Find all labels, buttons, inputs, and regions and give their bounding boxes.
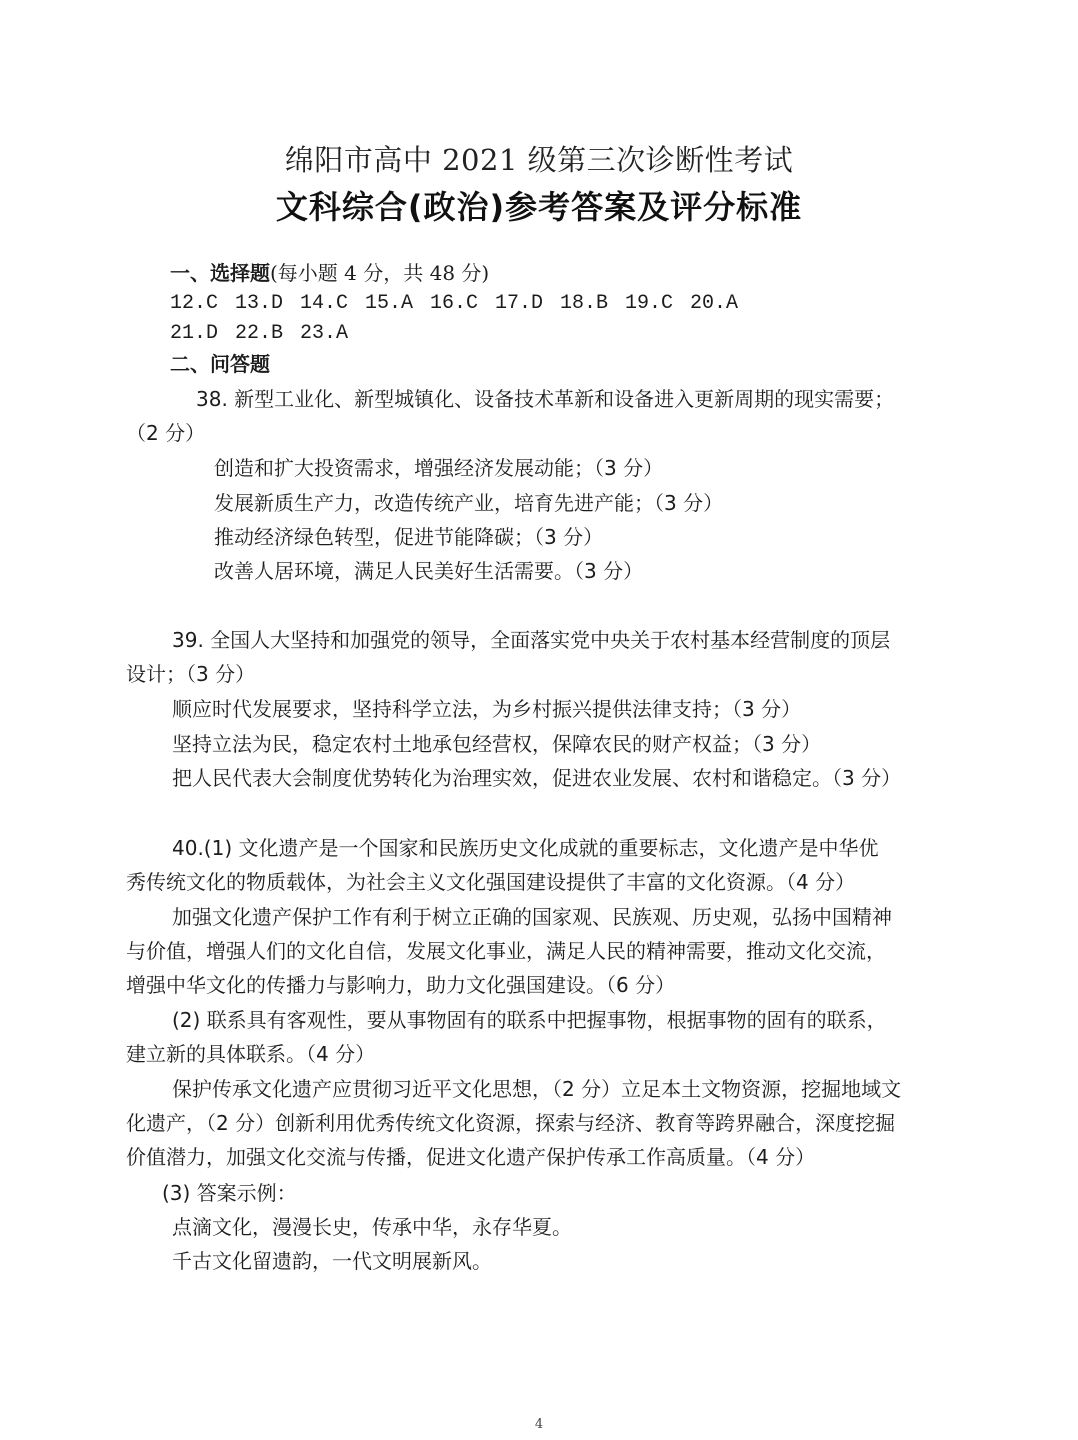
answer-item: 16.C	[430, 291, 495, 317]
exam-title: 绵阳市高中 2021 级第三次诊断性考试	[0, 138, 1078, 179]
q39-point: 把人民代表大会制度优势转化为治理实效，促进农业发展、农村和谐稳定。（3 分）	[172, 765, 901, 791]
answer-item: 17.D	[495, 291, 560, 317]
answer-item: 19.C	[625, 291, 690, 317]
answer-item: 13.D	[235, 291, 300, 317]
q38-point: 创造和扩大投资需求，增强经济发展动能；（3 分）	[214, 455, 663, 481]
section-heading-short-answer: 二、问答题	[170, 351, 270, 377]
answer-item: 21.D	[170, 321, 235, 347]
q38-line: 38. 新型工业化、新型城镇化、设备技术革新和设备进入更新周期的现实需要；	[196, 386, 894, 412]
q40-part1-line: 40.(1) 文化遗产是一个国家和民族历史文化成就的重要标志，文化遗产是中华优	[172, 835, 879, 861]
answer-item: 15.A	[365, 291, 430, 317]
q38-point: 改善人居环境，满足人民美好生活需要。（3 分）	[214, 558, 643, 584]
q40-part2-line: 化遗产，（2 分）创新利用优秀传统文化资源，探索与经济、教育等跨界融合，深度挖掘	[126, 1110, 895, 1136]
q40-part1-line: 增强中华文化的传播力与影响力，助力文化强国建设。（6 分）	[126, 972, 675, 998]
q39-point: 坚持立法为民，稳定农村土地承包经营权，保障农民的财产权益；（3 分）	[172, 731, 821, 757]
q38-point: 发展新质生产力，改造传统产业，培育先进产能；（3 分）	[214, 490, 723, 516]
section-heading-multiple-choice: 一、选择题(每小题 4 分，共 48 分)	[170, 260, 489, 286]
answer-item: 14.C	[300, 291, 365, 317]
q40-part2-line: 保护传承文化遗产应贯彻习近平文化思想，（2 分）立足本土文物资源，挖掘地域文	[172, 1076, 901, 1102]
document-title: 文科综合(政治)参考答案及评分标准	[0, 182, 1078, 228]
q40-part3-example: 点滴文化，漫漫长史，传承中华，永存华夏。	[172, 1214, 572, 1240]
page-number: 4	[0, 1417, 1078, 1432]
answer-item: 22.B	[235, 321, 300, 347]
answer-row-1: 12.C13.D14.C15.A16.C17.D18.B19.C20.A	[170, 291, 755, 317]
q40-part2-line: 价值潜力，加强文化交流与传播，促进文化遗产保护传承工作高质量。（4 分）	[126, 1144, 815, 1170]
q40-part2-line: (2) 联系具有客观性，要从事物固有的联系中把握事物，根据事物的固有的联系，	[172, 1007, 887, 1033]
q39-point: 顺应时代发展要求，坚持科学立法，为乡村振兴提供法律支持；（3 分）	[172, 696, 801, 722]
answer-item: 20.A	[690, 291, 755, 317]
q39-line: 设计；（3 分）	[126, 661, 255, 687]
section-heading-label: 一、选择题	[170, 261, 270, 285]
answer-item: 23.A	[300, 321, 365, 347]
q40-part2-line: 建立新的具体联系。（4 分）	[126, 1041, 375, 1067]
answer-row-2: 21.D22.B23.A	[170, 321, 365, 347]
q40-part1-line: 加强文化遗产保护工作有利于树立正确的国家观、民族观、历史观，弘扬中国精神	[172, 904, 892, 930]
q40-part3-heading: (3) 答案示例：	[162, 1180, 297, 1206]
answer-item: 12.C	[170, 291, 235, 317]
q38-point: 推动经济绿色转型，促进节能降碳；（3 分）	[214, 524, 603, 550]
answer-item: 18.B	[560, 291, 625, 317]
document-page: 绵阳市高中 2021 级第三次诊断性考试 文科综合(政治)参考答案及评分标准 一…	[0, 0, 1078, 1440]
q40-part3-example: 千古文化留遗韵，一代文明展新风。	[172, 1248, 492, 1274]
q40-part1-line: 秀传统文化的物质载体，为社会主义文化强国建设提供了丰富的文化资源。（4 分）	[126, 869, 855, 895]
q39-line: 39. 全国人大坚持和加强党的领导，全面落实党中央关于农村基本经营制度的顶层	[172, 627, 890, 653]
section-scoring-note: (每小题 4 分，共 48 分)	[270, 261, 489, 285]
q38-line: （2 分）	[126, 420, 205, 446]
q40-part1-line: 与价值，增强人们的文化自信，发展文化事业，满足人民的精神需要，推动文化交流，	[126, 938, 886, 964]
